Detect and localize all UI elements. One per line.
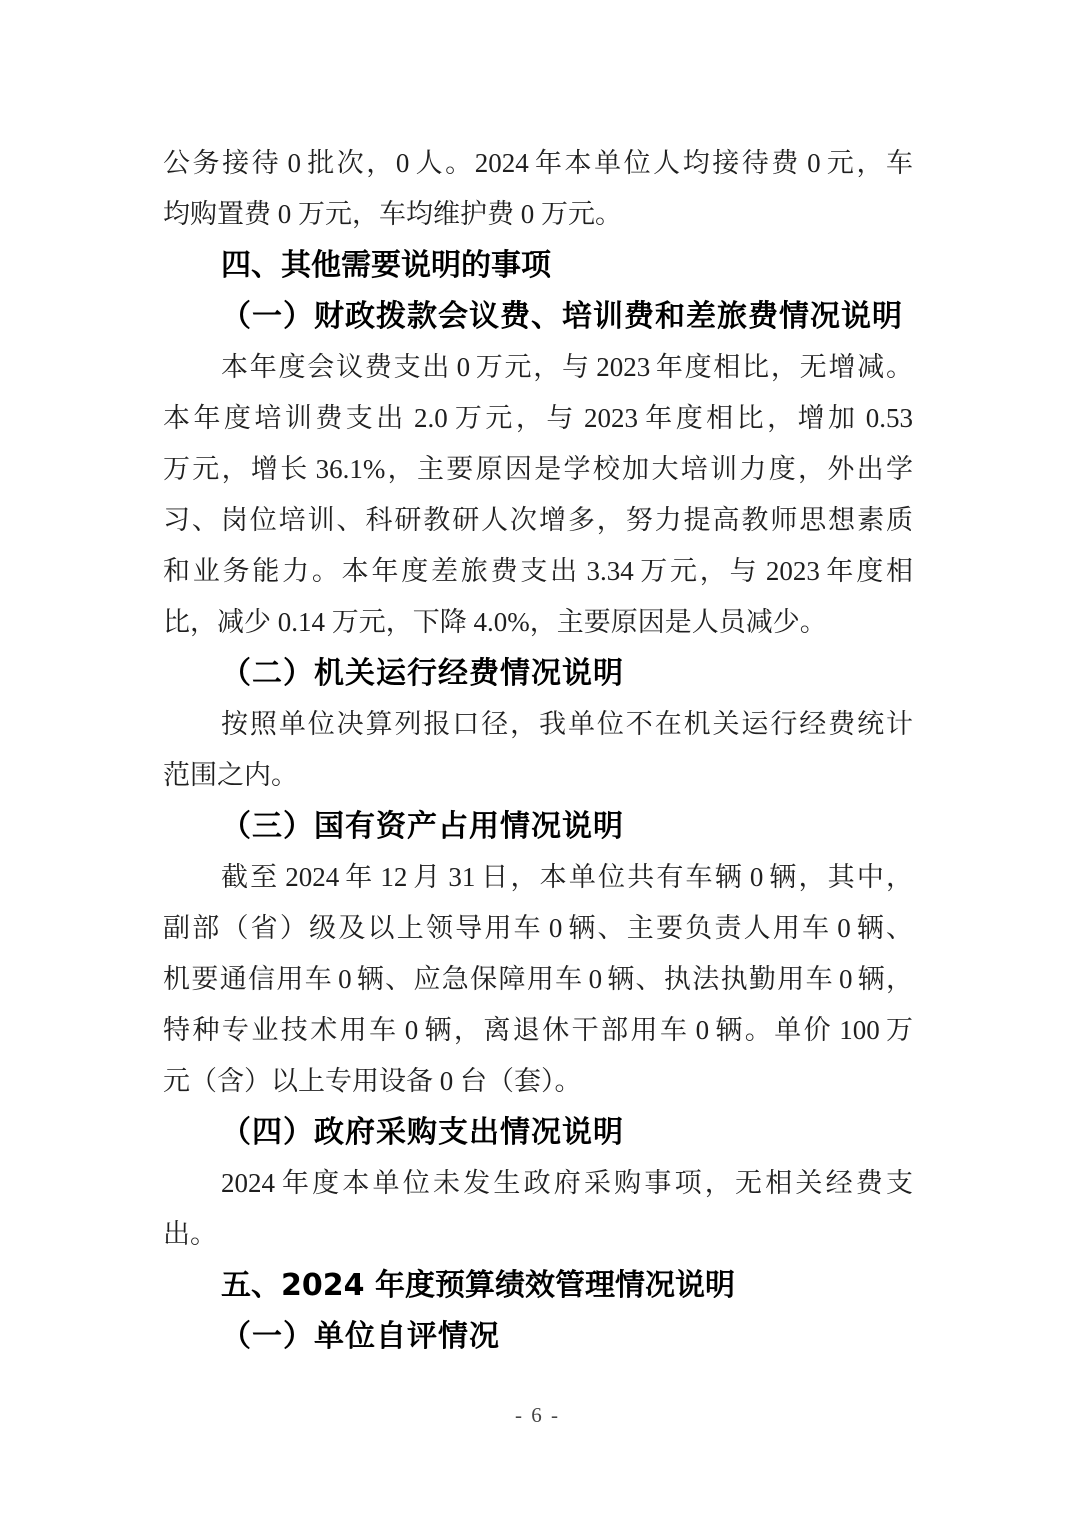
- body-line: 均购置费 0 万元，车均维护费 0 万元。: [163, 189, 913, 240]
- subsection-heading-4-3: （三）国有资产占用情况说明: [163, 801, 913, 852]
- body-line: 本年度会议费支出 0 万元，与 2023 年度相比，无增减。: [163, 342, 913, 393]
- body-line: 截至 2024 年 12 月 31 日，本单位共有车辆 0 辆，其中，: [163, 852, 913, 903]
- body-line: 习、岗位培训、科研教研人次增多，努力提高教师思想素质: [163, 495, 913, 546]
- body-line: 2024 年度本单位未发生政府采购事项，无相关经费支: [163, 1158, 913, 1209]
- page-number: - 6 -: [0, 1403, 1075, 1428]
- subsection-heading-4-1: （一）财政拨款会议费、培训费和差旅费情况说明: [163, 291, 913, 342]
- body-line: 公务接待 0 批次，0 人。2024 年本单位人均接待费 0 元，车: [163, 138, 913, 189]
- document-page: { "document": { "page_number": "- 6 -", …: [0, 0, 1075, 1520]
- body-line: 万元，增长 36.1%，主要原因是学校加大培训力度，外出学: [163, 444, 913, 495]
- body-line: 机要通信用车 0 辆、应急保障用车 0 辆、执法执勤用车 0 辆，: [163, 954, 913, 1005]
- section-heading-5: 五、2024 年度预算绩效管理情况说明: [163, 1260, 913, 1311]
- body-line: 比，减少 0.14 万元，下降 4.0%，主要原因是人员减少。: [163, 597, 913, 648]
- body-line: 特种专业技术用车 0 辆，离退休干部用车 0 辆。单价 100 万: [163, 1005, 913, 1056]
- body-line: 元（含）以上专用设备 0 台（套）。: [163, 1056, 913, 1107]
- section-heading-4: 四、其他需要说明的事项: [163, 240, 913, 291]
- subsection-heading-4-4: （四）政府采购支出情况说明: [163, 1107, 913, 1158]
- body-line: 出。: [163, 1209, 913, 1260]
- subsection-heading-4-2: （二）机关运行经费情况说明: [163, 648, 913, 699]
- body-line: 按照单位决算列报口径，我单位不在机关运行经费统计: [163, 699, 913, 750]
- document-body: 公务接待 0 批次，0 人。2024 年本单位人均接待费 0 元，车 均购置费 …: [163, 138, 913, 1362]
- body-line: 范围之内。: [163, 750, 913, 801]
- body-line: 和业务能力。本年度差旅费支出 3.34 万元，与 2023 年度相: [163, 546, 913, 597]
- body-line: 本年度培训费支出 2.0 万元，与 2023 年度相比，增加 0.53: [163, 393, 913, 444]
- subsection-heading-5-1: （一）单位自评情况: [163, 1311, 913, 1362]
- body-line: 副部（省）级及以上领导用车 0 辆、主要负责人用车 0 辆、: [163, 903, 913, 954]
